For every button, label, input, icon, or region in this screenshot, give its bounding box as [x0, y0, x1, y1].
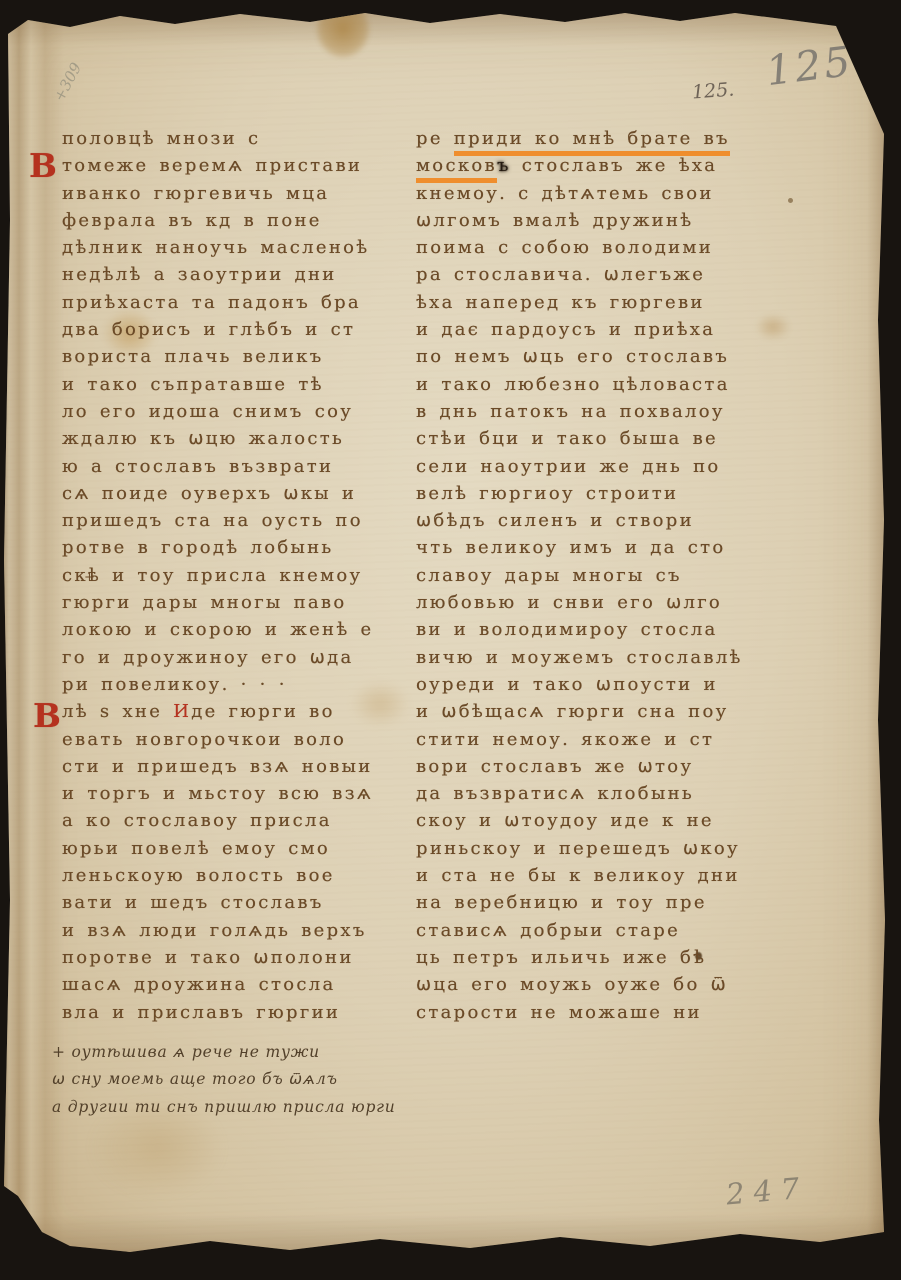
text-line: чть великоу имъ и да сто [416, 537, 768, 564]
text-line: а другии ти снъ пришлю присла юрги [52, 1095, 396, 1122]
rubric-initial-second: В [33, 696, 61, 735]
text-line: ѡ сну моемь аще того бъ ѿѧлъ [52, 1067, 396, 1094]
text-line: ви и володимироу стосла [416, 619, 768, 646]
page-number-bottom-pencil: 247 [725, 1170, 810, 1211]
text-line: ѡца его моужь оуже бо ѿ [416, 974, 768, 1001]
text-line: томеже веремѧ пристави [62, 155, 410, 182]
text-line: ждалю къ ѡцю жалость [62, 428, 410, 455]
text-line: любовью и снви его ѡлго [416, 592, 768, 619]
left-text-column: половцѣ мнози стомеже веремѧ приставиива… [62, 128, 410, 1029]
text-line: локою и скорою и женѣ е [62, 619, 410, 646]
text-line: и ѡбѣщасѧ гюрги сна поу [416, 701, 768, 728]
text-line: велѣ гюргиоу строити [416, 483, 768, 510]
text-line: и тако любезно цѣловаста [416, 374, 768, 401]
text-line: лѣ ѕ хне Иде гюрги во [62, 701, 410, 728]
marginal-note-bottom: + оутѣшива ѧ рече не тужиѡ сну моемь аще… [52, 1040, 396, 1122]
text-line: сти и пришедъ взѧ новыи [62, 756, 410, 783]
text-line: приѣхаста та падонъ бра [62, 292, 410, 319]
folio-number-pencil: 125 [763, 37, 855, 95]
text-line: ѡбѣдъ силенъ и створи [416, 510, 768, 537]
text-line: и взѧ люди голѧдь верхъ [62, 920, 410, 947]
text-line: леньскоую волость вое [62, 865, 410, 892]
text-line: сели наоутрии же днь по [416, 456, 768, 483]
text-line: гюрги дары многы паво [62, 592, 410, 619]
text-line: в днь патокъ на похвалоу [416, 401, 768, 428]
text-line: ротве в городѣ лобынь [62, 537, 410, 564]
text-line: ри повеликоу. · · · [62, 674, 410, 701]
text-line: славоу дары многы съ [416, 565, 768, 592]
text-line: вори стославъ же ѡтоу [416, 756, 768, 783]
text-line: и торгъ и мьстоу всю взѧ [62, 783, 410, 810]
text-line: вати и шедъ стославъ [62, 892, 410, 919]
text-line: ло его идоша снимъ соу [62, 401, 410, 428]
text-line: да възвратисѧ клобынь [416, 783, 768, 810]
text-line: два борисъ и глѣбъ и ст [62, 319, 410, 346]
text-line: сѧ поиде оуверхъ ѡкы и [62, 483, 410, 510]
rubric-initial-first: В [29, 146, 57, 185]
text-line: на веребницю и тоу пре [416, 892, 768, 919]
text-line: го и дроужиноу его ѡда [62, 647, 410, 674]
page-edge-shading-bottom [0, 1214, 901, 1264]
page-edge-shading-top [0, 0, 901, 46]
text-line: и тако съпратавше тѣ [62, 374, 410, 401]
text-line: московъ стославъ же ѣха [416, 155, 768, 182]
stain [316, 0, 370, 58]
text-line: феврала въ кд в поне [62, 210, 410, 237]
text-line: старости не можаше ни [416, 1002, 768, 1029]
text-line: поротве и тако ѡполони [62, 947, 410, 974]
manuscript-photo: +309 125. 125 В В + половцѣ мнози стомеж… [0, 0, 901, 1280]
text-line: евать новгорочкои воло [62, 729, 410, 756]
text-line: дѣлник наноучь масленоѣ [62, 237, 410, 264]
text-line: шасѧ дроужина стосла [62, 974, 410, 1001]
text-line: риньскоу и перешедъ ѡкоу [416, 838, 768, 865]
text-line: вла и приславъ гюргии [62, 1002, 410, 1029]
text-line: а ко стославоу присла [62, 810, 410, 837]
text-line: оуреди и тако ѡпоусти и [416, 674, 768, 701]
text-line: ю а стославъ възврати [62, 456, 410, 483]
text-line: стѣи бци и тако быша ве [416, 428, 768, 455]
text-line: иванко гюргевичь мца [62, 183, 410, 210]
text-line: половцѣ мнози с [62, 128, 410, 155]
text-line: стависѧ добрыи старе [416, 920, 768, 947]
text-line: скѣ и тоу присла кнемоу [62, 565, 410, 592]
ink-speck [788, 198, 793, 203]
text-line: и дає пардоусъ и приѣха [416, 319, 768, 346]
text-line: ѡлгомъ вмалѣ дружинѣ [416, 210, 768, 237]
pencil-annotation-left-margin: +309 [50, 60, 85, 105]
folio-number-ink: 125. [691, 79, 735, 104]
text-line: юрьи повелѣ емоу смо [62, 838, 410, 865]
text-line: скоу и ѡтоудоу иде к не [416, 810, 768, 837]
text-line: + оутѣшива ѧ рече не тужи [52, 1040, 396, 1067]
text-line: ра стославича. ѡлегъже [416, 264, 768, 291]
text-line: поима с собою володими [416, 237, 768, 264]
text-line: вичю и моужемъ стославлѣ [416, 647, 768, 674]
text-line: и ста не бы к великоу дни [416, 865, 768, 892]
right-text-column: ре приди ко мнѣ брате въмосковъ стославъ… [416, 128, 768, 1029]
text-line: ць петръ ильичь иже бѣ [416, 947, 768, 974]
text-line: стити немоу. якоже и ст [416, 729, 768, 756]
manuscript-page: +309 125. 125 В В + половцѣ мнози стомеж… [0, 0, 901, 1280]
text-line: вориста плачь великъ [62, 346, 410, 373]
page-edge-shading-right [867, 0, 901, 1280]
text-line: ре приди ко мнѣ брате въ [416, 128, 768, 155]
text-line: по немъ ѡць его стославъ [416, 346, 768, 373]
text-line: пришедъ ста на оусть по [62, 510, 410, 537]
text-line: ѣха наперед къ гюргеви [416, 292, 768, 319]
text-line: кнемоу. с дѣтѧтемь свои [416, 183, 768, 210]
text-line: недѣлѣ а заоутрии дни [62, 264, 410, 291]
